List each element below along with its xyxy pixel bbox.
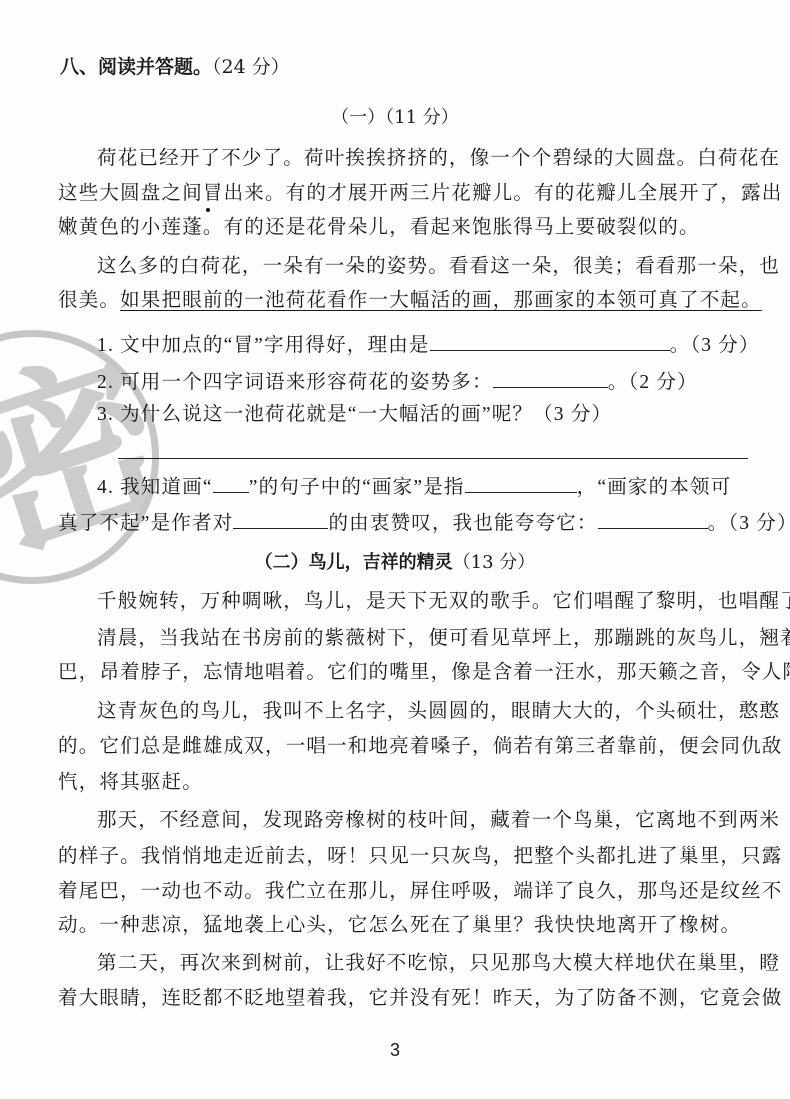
question-1: 1. 文中加点的“冒”字用得好，理由是。（3 分） [97, 330, 760, 359]
q3-answer-line[interactable] [118, 458, 748, 459]
section-heading: 八、阅读并答题。（24 分） [60, 52, 290, 79]
passage1-line-3: 嫩黄色的小莲蓬。有的还是花骨朵儿，看起来饱胀得马上要破裂似的。 [58, 214, 700, 240]
passage2-line-2: 清晨，当我站在书房前的紫薇树下，便可看见草坪上，那蹦跳的灰鸟儿，翘着尾 [97, 625, 790, 651]
passage2-line-8: 的样子。我悄悄地走近前去，呀！只见一只灰鸟，把整个头都扎进了巢里，只露 [58, 843, 783, 869]
passage2-line-10: 动。一种悲凉，猛地袭上心头，它怎么死在了巢里？我快快地离开了橡树。 [58, 912, 741, 938]
emphasis-dot-mark [206, 208, 210, 212]
q4-sentence-blank[interactable] [213, 472, 249, 493]
question-4: 4. 我知道画“”的句子中的“画家”是指，“画家的本领可 [97, 472, 731, 501]
passage2-line-1: 千般婉转，万种啁啾，鸟儿，是天下无双的歌手。它们唱醒了黎明，也唱醒了我。 [97, 588, 790, 614]
question-3: 3. 为什么说这一池荷花就是“一大幅活的画”呢？（3 分） [97, 402, 612, 428]
section-points: （24 分） [212, 56, 290, 78]
passage2-line-3: 巴，昂着脖子，忘情地唱着。它们的嘴里，像是含着一汪水，那天籁之音，令人陶醉。 [58, 659, 790, 685]
passage2-line-11: 第二天，再次来到树前，让我好不吃惊，只见那鸟大模大样地伏在巢里，瞪 [97, 950, 780, 976]
q1-answer-blank[interactable] [430, 330, 670, 351]
exam-page: 密 八、阅读并答题。（24 分） （一）（11 分） 荷花已经开了不少了。荷叶挨… [0, 0, 790, 1099]
passage2-line-6: 忾，将其驱赶。 [58, 769, 203, 795]
passage2-line-7: 那天，不经意间，发现路旁橡树的枝叶间，藏着一个鸟巢，它离地不到两米 [97, 807, 780, 833]
passage2-line-5: 的。它们总是雌雄成双，一唱一和地亮着嗓子，倘若有第三者靠前，便会同仇敌 [58, 733, 783, 759]
page-number: 3 [0, 1040, 790, 1061]
passage2-line-12: 着大眼睛，连眨都不眨地望着我，它并没有死！昨天，为了防备不测，它竟会做 [58, 985, 783, 1011]
passage1-line-5-prefix: 很美。 [58, 288, 120, 311]
q4-painter-blank[interactable] [465, 472, 577, 493]
passage1-line-5: 很美。如果把眼前的一池荷花看作一大幅活的画，那画家的本领可真了不起。 [58, 287, 762, 313]
section-title: 八、阅读并答题。 [60, 56, 212, 78]
question-4-continued: 真了不起”是作者对的由衷赞叹，我也能夸夸它：。（3 分） [58, 508, 790, 537]
q2-answer-blank[interactable] [493, 367, 608, 388]
passage2-line-4: 这青灰色的鸟儿，我叫不上名字，头圆圆的，眼睛大大的，个头硕壮，憨憨 [97, 698, 780, 724]
q4-praise-target-blank[interactable] [233, 508, 328, 529]
q4-compliment-blank[interactable] [598, 508, 708, 529]
question-2: 2. 可用一个四字词语来形容荷花的姿势多：。（2 分） [97, 367, 698, 396]
passage1-line-4: 这么多的白荷花，一朵有一朵的姿势。看看这一朵，很美；看看那一朵，也 [97, 253, 780, 279]
passage1-line-2: 这些大圆盘之间冒出来。有的才展开两三片花瓣儿。有的花瓣儿全展开了，露出 [58, 180, 783, 206]
passage1-title: （一）（11 分） [0, 103, 790, 129]
passage2-line-9: 着尾巴，一动也不动。我伫立在那儿，屏住呼吸，端详了良久，那鸟还是纹丝不 [58, 878, 783, 904]
passage2-title: （二）鸟儿，吉祥的精灵（13 分） [0, 548, 790, 574]
underlined-sentence: 如果把眼前的一池荷花看作一大幅活的画，那画家的本领可真了不起。 [120, 288, 762, 311]
passage1-line-1: 荷花已经开了不少了。荷叶挨挨挤挤的，像一个个碧绿的大圆盘。白荷花在 [97, 145, 780, 171]
